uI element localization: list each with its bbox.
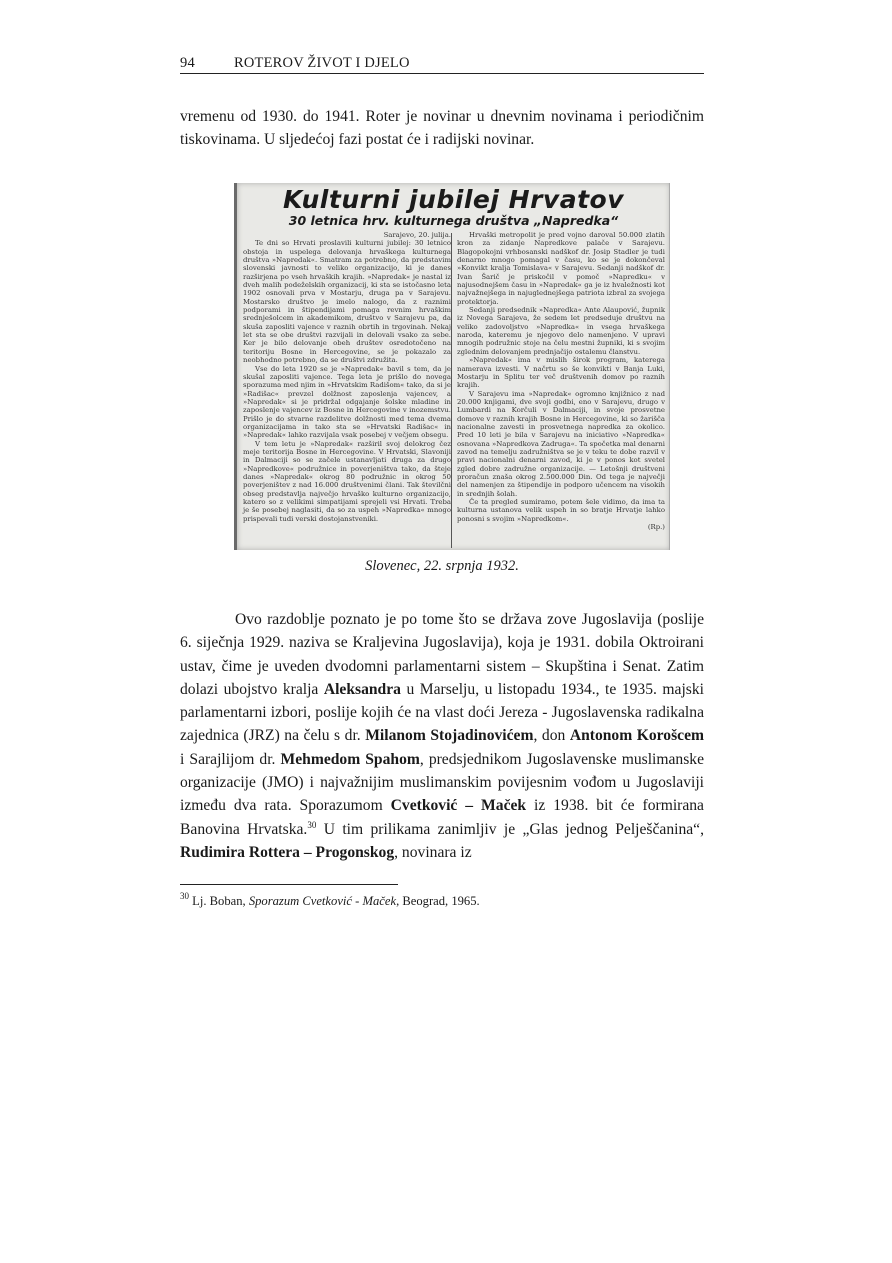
clipping-paragraph: Sedanji predsednik »Napredka« Ante Alaup… [457, 306, 665, 356]
footnote-separator [180, 884, 398, 885]
running-head: 94 ROTEROV ŽIVOT I DJELO [180, 55, 704, 74]
clipping-headline: Kulturni jubilej Hrvatov [237, 185, 670, 214]
clipping-right-column: Hrvaški metropolit je pred vojno daroval… [457, 231, 665, 531]
text-segment: U tim prilikama zanimljiv je „Glas jedno… [316, 821, 704, 838]
footnote-rest: , Beograd, 1965. [396, 894, 480, 908]
bold-name: Mehmedom Spahom [281, 751, 420, 768]
footnote: 30 Lj. Boban, Sporazum Cvetković - Maček… [180, 894, 704, 909]
clipping-paragraph: »Napredak« ima v mislih širok program, k… [457, 356, 665, 389]
text-segment: , don [533, 727, 569, 744]
footnote-author: Lj. Boban, [189, 894, 249, 908]
clipping-paragraph: Hrvaški metropolit je pred vojno daroval… [457, 231, 665, 306]
bold-name: Rudimira Rottera – Progonskog [180, 844, 394, 861]
main-paragraph: Ovo razdoblje poznato je po tome što se … [180, 608, 704, 864]
column-divider [451, 233, 452, 548]
bold-name: Aleksandra [324, 681, 401, 698]
clipping-caption: Slovenec, 22. srpnja 1932. [180, 558, 704, 575]
clipping-paragraph: Vse do leta 1920 se je »Napredak« bavil … [243, 365, 451, 440]
clipping-paragraph: V Sarajevu ima »Napredak« ogromno knjižn… [457, 390, 665, 498]
clipping-left-column: Sarajevo, 20. julija. Te dni so Hrvati p… [243, 231, 451, 523]
footnote-reference: 30 [307, 820, 316, 830]
text-segment: , novinara iz [394, 844, 472, 861]
bold-name: Cvetković – Maček [391, 797, 526, 814]
clipping-signoff: (Rp.) [457, 523, 665, 531]
intro-paragraph: vremenu od 1930. do 1941. Roter je novin… [180, 105, 704, 152]
footnote-title: Sporazum Cvetković - Maček [249, 894, 396, 908]
bold-name: Antonom Korošcem [570, 727, 704, 744]
clipping-dateline: Sarajevo, 20. julija. [243, 231, 451, 239]
footnote-number: 30 [180, 891, 189, 901]
bold-name: Milanom Stojadinovićem [365, 727, 533, 744]
clipping-subheadline: 30 letnica hrv. kulturnega društva „Napr… [237, 213, 670, 228]
running-title: ROTEROV ŽIVOT I DJELO [234, 55, 410, 72]
text-segment: i Sarajlijom dr. [180, 751, 281, 768]
page-number: 94 [180, 55, 195, 72]
clipping-paragraph: Če ta pregled sumiramo, potem šele vidim… [457, 498, 665, 523]
scan-edge [669, 183, 670, 550]
newspaper-clipping: Kulturni jubilej Hrvatov 30 letnica hrv.… [234, 183, 670, 550]
clipping-paragraph: Te dni so Hrvati proslavili kulturni jub… [243, 239, 451, 364]
clipping-paragraph: V tem letu je »Napredak« razširil svoj d… [243, 440, 451, 523]
